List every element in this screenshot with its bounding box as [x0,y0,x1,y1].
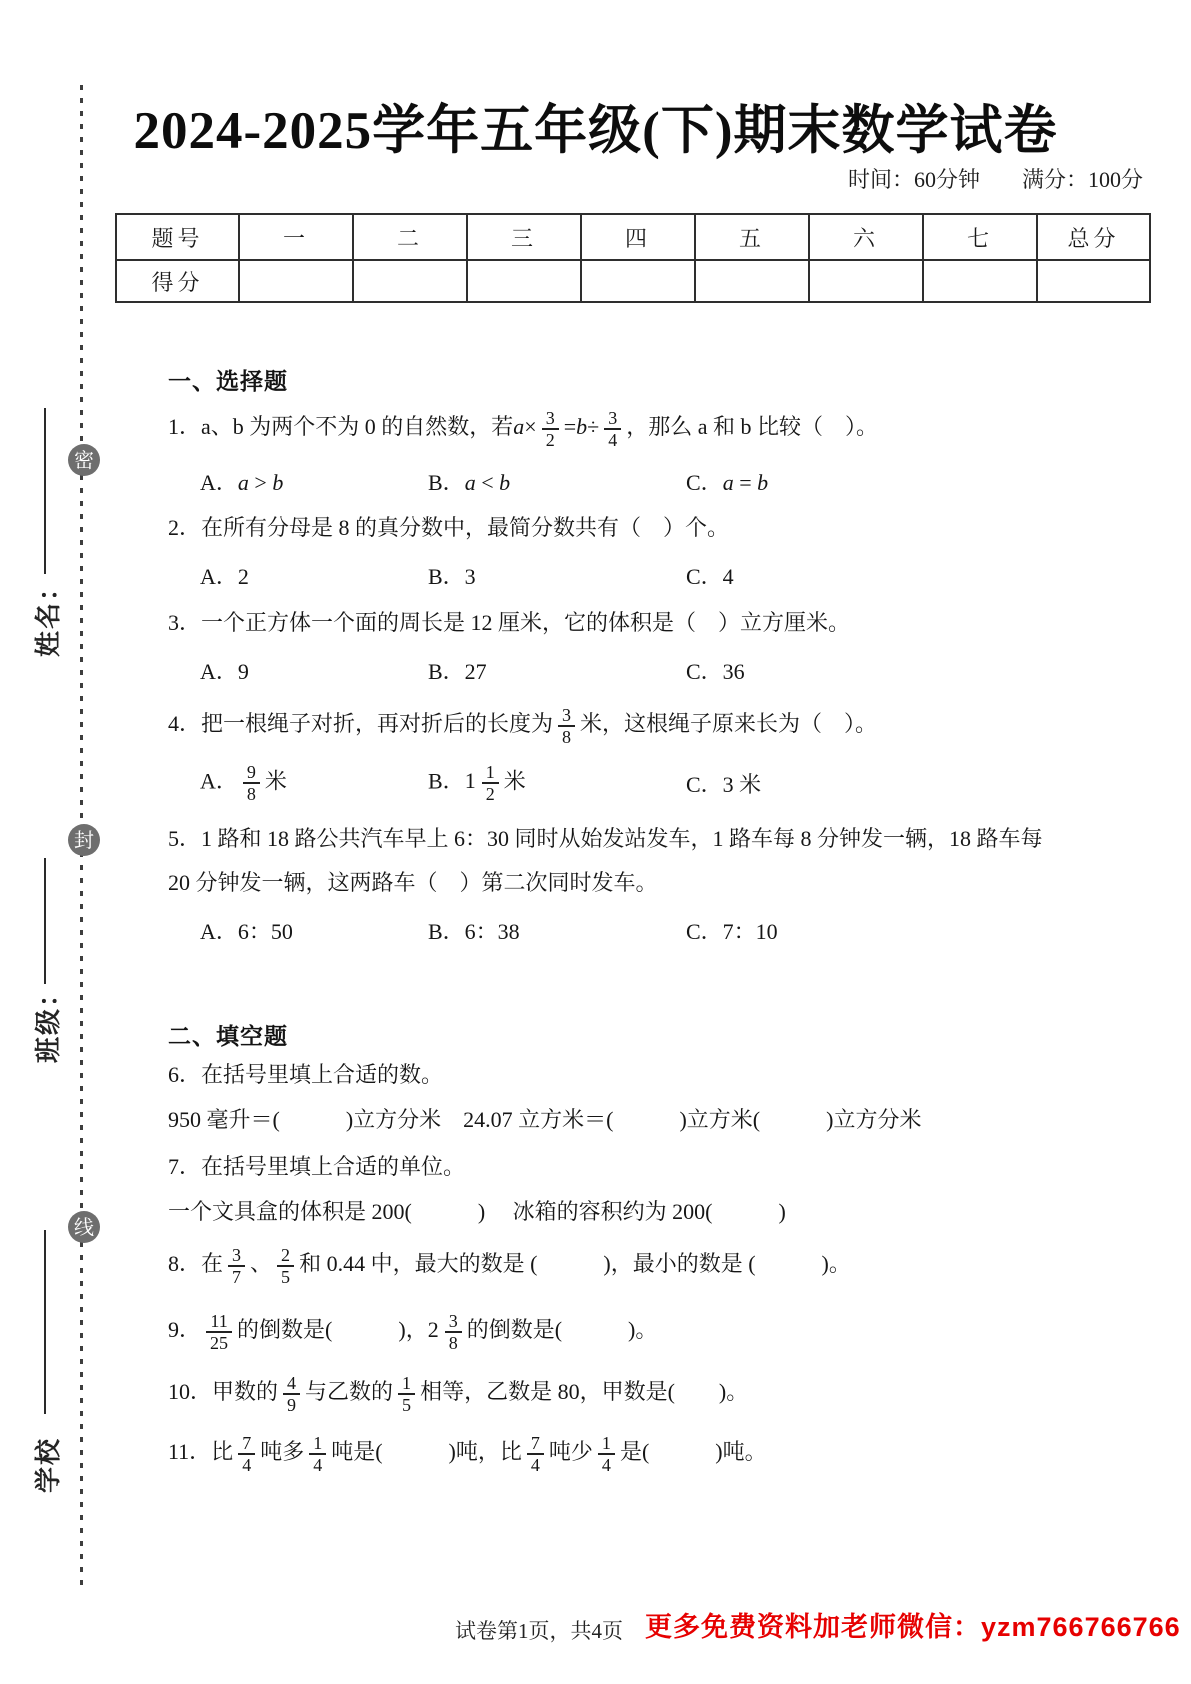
question-5-line-2: 20 分钟发一辆，这两路车（ ）第二次同时发车。 [168,868,1103,898]
score-cell [923,260,1037,302]
score-cell [695,260,809,302]
option-c: C．4 [686,560,1100,591]
option-a: A．98米 [200,762,428,804]
score-cell [467,260,581,302]
question-3: 3．一个正方体一个面的周长是 12 厘米，它的体积是（ ）立方厘米。 [168,608,1103,638]
name-label: 姓名： [28,535,56,695]
seal-char-mi: 密 [68,444,100,476]
class-label: 班级： [28,941,56,1101]
question-6-line-2: 950 毫升＝( )立方分米 24.07 立方米＝( )立方米( )立方分米 [168,1105,1103,1135]
option-a: A．2 [200,560,428,591]
school-label: 学校 [28,1385,56,1545]
question-2-options: A．2 B．3 C．4 [200,560,1100,591]
section-2-heading: 二、填空题 [168,1018,288,1051]
seal-char-feng: 封 [68,824,100,856]
option-b: B．112米 [428,762,686,804]
option-b: B．6：38 [428,915,686,946]
question-1-options: A．a > b B．a < b C．a = b [200,466,1100,497]
question-4: 4．把一根绳子对折，再对折后的长度为38米，这根绳子原来长为（ ）。 [168,697,1103,751]
option-a: A．a > b [200,466,428,497]
section-1-heading: 一、选择题 [168,363,288,396]
question-6-line-1: 6．在括号里填上合适的数。 [168,1060,1103,1090]
score-row-label: 得分 [116,260,239,302]
question-8: 8．在37、25和 0.44 中，最大的数是 ( )，最小的数是 ( )。 [168,1237,1103,1291]
exam-meta: 时间：60分钟满分：100分 [848,163,1143,194]
score-table-col-4: 四 [581,214,695,260]
question-7-line-1: 7．在括号里填上合适的单位。 [168,1152,1103,1182]
option-c: C．7：10 [686,915,1100,946]
option-c: C．3 米 [686,768,1100,799]
score-cell [809,260,923,302]
footer-promo-text: 更多免费资料加老师微信：yzm766766766 [645,1605,1181,1644]
exam-time: 时间：60分钟 [848,167,980,192]
score-table: 题号 一 二 三 四 五 六 七 总分 得分 [115,213,1151,303]
score-cell [353,260,467,302]
footer-page-info: 试卷第1页，共4页 [455,1615,623,1645]
page-title: 2024-2025学年五年级(下)期末数学试卷 [0,88,1191,164]
score-cell [239,260,353,302]
question-4-options: A．98米 B．112米 C．3 米 [200,757,1100,809]
option-c: C．a = b [686,466,1100,497]
score-cell [581,260,695,302]
score-table-col-1: 一 [239,214,353,260]
question-9: 9．1125的倒数是( )，238的倒数是( )。 [168,1303,1103,1357]
question-1: 1．a、b 为两个不为 0 的自然数，若a×32=b÷34，那么 a 和 b 比… [168,400,1103,454]
question-5-line-1: 5．1 路和 18 路公共汽车早上 6：30 同时从始发站发车，1 路车每 8 … [168,824,1103,854]
score-cell [1037,260,1150,302]
score-table-header-label: 题号 [116,214,239,260]
option-b: B．a < b [428,466,686,497]
question-5-options: A．6：50 B．6：38 C．7：10 [200,915,1100,946]
option-a: A．9 [200,655,428,686]
exam-full-score: 满分：100分 [1022,167,1143,192]
question-3-options: A．9 B．27 C．36 [200,655,1100,686]
seal-char-xian: 线 [68,1211,100,1243]
option-b: B．27 [428,655,686,686]
score-table-col-6: 六 [809,214,923,260]
option-c: C．36 [686,655,1100,686]
question-11: 11．比74吨多14吨是( )吨，比74吨少14是( )吨。 [168,1425,1103,1479]
question-2: 2．在所有分母是 8 的真分数中，最简分数共有（ ）个。 [168,513,1103,543]
question-7-line-2: 一个文具盒的体积是 200( ) 冰箱的容积约为 200( ) [168,1197,1103,1227]
score-table-col-3: 三 [467,214,581,260]
option-b: B．3 [428,560,686,591]
exam-paper-page: 密 封 线 姓名： 班级： 学校 2024-2025学年五年级(下)期末数学试卷… [0,0,1191,1684]
score-table-col-2: 二 [353,214,467,260]
score-table-col-5: 五 [695,214,809,260]
score-table-col-7: 七 [923,214,1037,260]
score-table-col-total: 总分 [1037,214,1150,260]
option-a: A．6：50 [200,915,428,946]
question-10: 10．甲数的49与乙数的15相等，乙数是 80，甲数是( )。 [168,1365,1103,1419]
